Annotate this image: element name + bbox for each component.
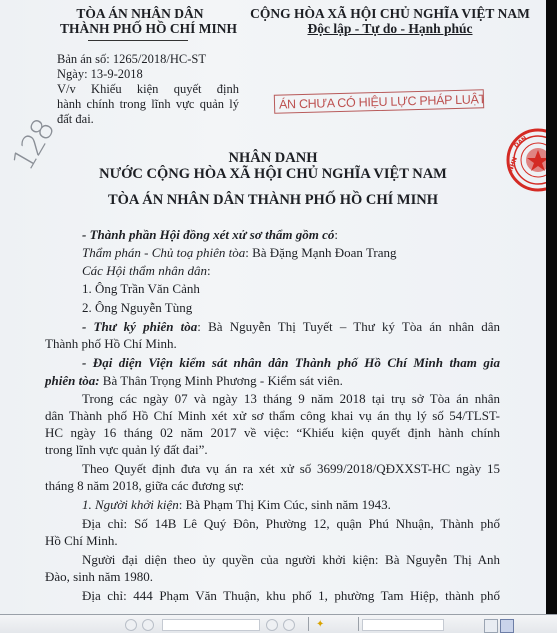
jurors-label: Các Hội thẩm nhân dân: <box>82 263 211 278</box>
single-page-view-icon[interactable] <box>484 619 498 633</box>
case-number: Bản án số: 1265/2018/HC-ST <box>57 52 239 67</box>
plaintiff-address-1: Địa chỉ: Số 14B Lê Quý Đôn, Phường 12, q… <box>82 516 500 531</box>
not-legally-effective-stamp: ÁN CHƯA CÓ HIỆU LỰC PHÁP LUẬT <box>274 89 484 113</box>
title-country: NƯỚC CỘNG HÒA XÃ HỘI CHỦ NGHĨA VIỆT NAM <box>0 166 546 183</box>
previous-page-button[interactable] <box>125 619 137 631</box>
document-page: TÒA ÁN NHÂN DÂN THÀNH PHỐ HỒ CHÍ MINH CỘ… <box>0 0 546 614</box>
representative-address-1: Địa chỉ: 444 Phạm Văn Thuận, khu phố 1, … <box>82 588 500 603</box>
case-subject-2: hành chính trong lĩnh vực quản lý <box>57 97 239 112</box>
page-number-input[interactable] <box>162 619 260 631</box>
title-in-the-name: NHÂN DANH <box>0 150 546 167</box>
clerk-line-2: Thành phố Hồ Chí Minh. <box>45 336 177 351</box>
case-subject-1: V/v Khiếu kiện quyết định <box>57 82 239 97</box>
decision-paragraph-2: tháng 8 năm 2018, giữa các đương sự: <box>45 478 244 493</box>
plaintiff-address-2: Hồ Chí Minh. <box>45 533 118 548</box>
court-name: TÒA ÁN NHÂN DÂN <box>60 6 220 21</box>
title-court: TÒA ÁN NHÂN DÂN THÀNH PHỐ HỒ CHÍ MINH <box>0 192 546 209</box>
court-city: THÀNH PHỐ HỒ CHÍ MINH <box>60 21 220 36</box>
plaintiff: 1. Người khởi kiện: Bà Phạm Thị Kim Cúc,… <box>82 497 391 512</box>
trial-paragraph-2: dân Thành phố Hồ Chí Minh xét xử sơ thẩm… <box>45 408 500 423</box>
case-subject-3: đất đai. <box>57 112 239 127</box>
toolbar-separator <box>308 617 309 631</box>
presiding-judge: Thẩm phán - Chủ toạ phiên tòa: Bà Đặng M… <box>82 245 397 260</box>
search-input[interactable] <box>362 619 444 631</box>
representative-2: Đào, sinh năm 1980. <box>45 569 153 584</box>
zoom-out-button[interactable] <box>266 619 278 631</box>
procuracy-line: phiên tòa: Bà Thân Trọng Minh Phương - K… <box>45 373 343 388</box>
viewer-toolbar: ✦ <box>0 614 557 633</box>
continuous-view-icon[interactable] <box>500 619 514 633</box>
national-motto: Độc lập - Tự do - Hạnh phúc <box>250 21 530 36</box>
trial-paragraph-4: trong lĩnh vực quản lý đất đai”. <box>45 442 208 457</box>
next-page-button[interactable] <box>142 619 154 631</box>
decision-paragraph-1: Theo Quyết định đưa vụ án ra xét xử số 3… <box>82 461 500 476</box>
toolbar-separator <box>358 617 359 631</box>
header-divider <box>88 40 188 41</box>
national-header: CỘNG HÒA XÃ HỘI CHỦ NGHĨA VIỆT NAM Độc l… <box>250 6 530 36</box>
bookmark-icon[interactable]: ✦ <box>316 619 326 631</box>
procuracy-label: - Đại diện Viện kiểm sát nhân dân Thành … <box>82 355 500 370</box>
juror-1: 1. Ông Trần Văn Cảnh <box>82 281 200 296</box>
panel-heading: - Thành phần Hội đồng xét xử sơ thẩm gồm… <box>82 227 338 242</box>
window-edge <box>546 0 557 614</box>
zoom-in-button[interactable] <box>283 619 295 631</box>
trial-paragraph-1: Trong các ngày 07 và ngày 13 tháng 9 năm… <box>82 391 500 406</box>
court-header: TÒA ÁN NHÂN DÂN THÀNH PHỐ HỒ CHÍ MINH <box>60 6 220 36</box>
trial-paragraph-3: HC ngày 16 tháng 02 năm 2017 về việc: “K… <box>45 425 500 440</box>
juror-2: 2. Ông Nguyễn Tùng <box>82 300 192 315</box>
national-title: CỘNG HÒA XÃ HỘI CHỦ NGHĨA VIỆT NAM <box>250 6 530 21</box>
case-meta: Bản án số: 1265/2018/HC-ST Ngày: 13-9-20… <box>57 52 239 127</box>
case-date: Ngày: 13-9-2018 <box>57 67 239 82</box>
clerk-line: - Thư ký phiên tòa: Bà Nguyễn Thị Tuyết … <box>82 319 500 334</box>
representative-1: Người đại diện theo ủy quyền của người k… <box>82 552 500 567</box>
